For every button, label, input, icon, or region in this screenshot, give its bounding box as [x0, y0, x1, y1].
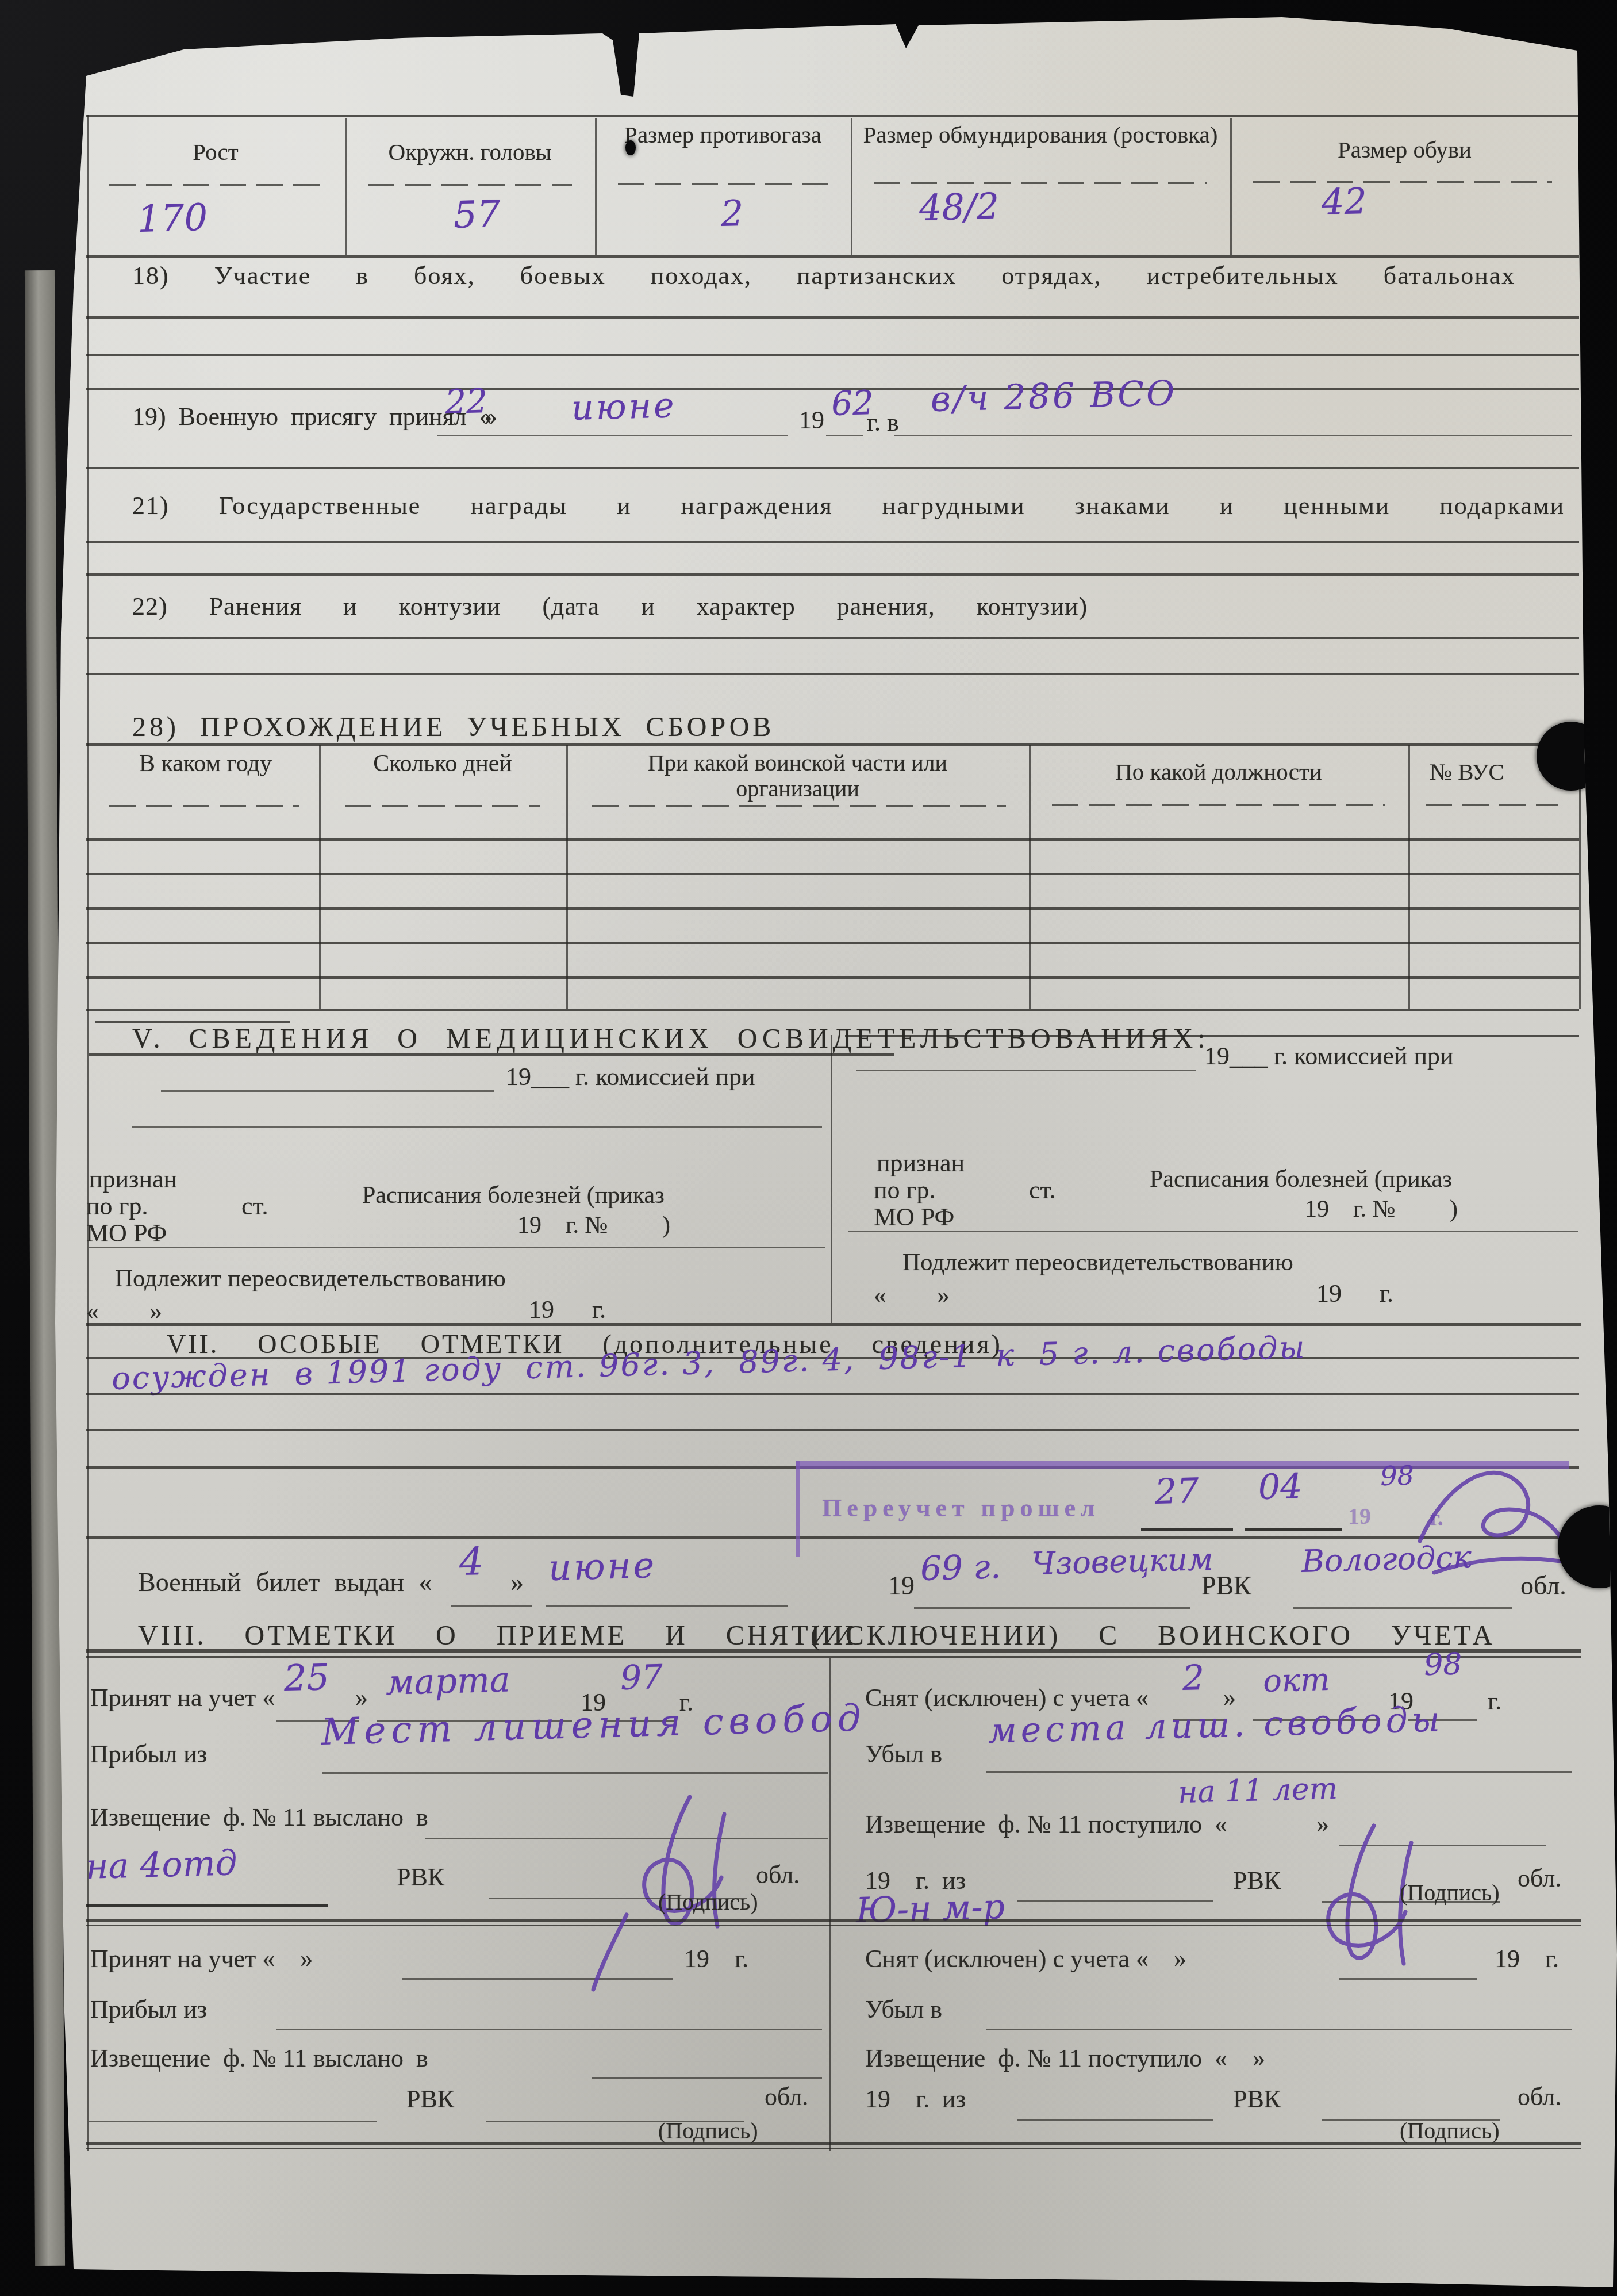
b1l-taken-year: 97 — [620, 1657, 663, 1697]
title-underline — [89, 1053, 894, 1056]
training-table-divider — [319, 745, 321, 1009]
oath-unit-value: в/ч 286 ВСО — [930, 373, 1177, 420]
med-commission-left: 19___ г. комиссией при — [506, 1063, 755, 1091]
issued-rvk-name: Чзовецким — [1031, 1541, 1213, 1582]
table-row-line — [86, 1009, 1579, 1011]
oath-month-value: июне — [571, 385, 677, 428]
b1r-removed-year: 98 — [1423, 1647, 1462, 1682]
med-article-right: ст. — [1029, 1176, 1055, 1204]
b1l-destination-note: на 4отд — [85, 1843, 237, 1887]
b1r-removed-day: 2 — [1182, 1658, 1205, 1699]
med-reexam-right: Подлежит переосвидетельствованию — [902, 1249, 1293, 1277]
b2l-region-label: обл. — [765, 2083, 808, 2111]
blank-underline — [1141, 1528, 1233, 1531]
med-schedule-right: Расписания болезней (приказ — [1150, 1166, 1452, 1193]
b2l-year-label: 19 г. — [684, 1945, 748, 1973]
year-prefix: 19 — [799, 406, 824, 434]
left-border-rule — [87, 115, 89, 2151]
hole-punch — [1537, 722, 1606, 791]
uniform-size-header: Размер обмундирования (ростовка) — [851, 122, 1230, 148]
med-schedule-left: Расписания болезней (приказ — [362, 1182, 665, 1209]
blank-underline — [546, 1605, 788, 1607]
med-group-right: по гр. — [874, 1176, 936, 1204]
stamp-left-bar — [796, 1461, 800, 1557]
paper-tear-hole — [625, 140, 636, 155]
blank-underline — [1017, 2119, 1213, 2121]
blank-underline — [1017, 1900, 1213, 1902]
blank-underline — [161, 1090, 494, 1092]
block-divider-thin — [86, 1925, 1581, 1926]
b2l-notice-label: Извещение ф. № 11 выслано в — [90, 2044, 428, 2072]
blank-underline — [86, 1904, 328, 1907]
med-column-divider — [831, 1035, 832, 1323]
b1r-signature-label: (Подпись) — [1400, 1880, 1500, 1906]
med-year-left: 19 г. — [529, 1295, 606, 1324]
quote-close: » — [355, 1684, 368, 1712]
b1l-taken-day: 25 — [283, 1656, 330, 1699]
ruled-line — [86, 637, 1579, 639]
shoe-size-header: Размер обуви — [1230, 137, 1579, 163]
header-underline — [1052, 804, 1385, 806]
issued-region-label: обл. — [1520, 1571, 1566, 1601]
section-divider-heavy — [86, 1649, 1581, 1653]
blank-underline — [856, 1070, 1196, 1071]
med-morf-right: МО РФ — [874, 1203, 954, 1231]
b2r-signature-label: (Подпись) — [1400, 2118, 1500, 2144]
head-circumference-value: 57 — [453, 193, 501, 237]
ruled-line — [86, 1429, 1579, 1431]
gasmask-size-value: 2 — [720, 192, 744, 235]
med-recognized-left: признан — [89, 1165, 177, 1193]
quote-close: » — [485, 403, 497, 431]
issued-year: 69 г. — [920, 1547, 1001, 1588]
issued-region-name: Вологодск — [1301, 1539, 1472, 1580]
ruled-line — [86, 1393, 1579, 1395]
b1r-region-label: обл. — [1518, 1864, 1561, 1892]
issued-month: июне — [548, 1544, 657, 1589]
b2l-signature-label: (Подпись) — [658, 2118, 758, 2144]
header-underline — [109, 805, 299, 807]
reregistration-day: 27 — [1154, 1471, 1199, 1512]
med-commission-right: 19___ г. комиссией при — [1204, 1042, 1454, 1070]
blank-underline — [986, 2029, 1572, 2030]
header-underline — [1426, 804, 1558, 806]
blank-underline — [451, 1605, 532, 1607]
document-sheet: Рост Окружн. головы Размер противогаза Р… — [0, 0, 1617, 2296]
section-28-title: 28) ПРОХОЖДЕНИЕ УЧЕБНЫХ СБОРОВ — [132, 712, 774, 743]
quote-close: » — [510, 1567, 524, 1597]
blank-underline — [894, 435, 1572, 436]
ruled-line — [86, 573, 1579, 576]
b1r-removed-month: окт — [1262, 1661, 1330, 1699]
blank-underline — [914, 1607, 1190, 1609]
b2r-region-label: обл. — [1518, 2083, 1561, 2111]
med-order-right: 19 г. № ) — [1305, 1196, 1458, 1223]
b1r-rvk-label: РВК — [1233, 1866, 1281, 1895]
blank-underline — [437, 435, 788, 436]
table-row-line — [86, 907, 1579, 910]
med-recognized-right: признан — [877, 1149, 965, 1177]
blank-underline — [322, 1772, 828, 1774]
ruled-line — [89, 1247, 825, 1248]
bottom-divider-heavy — [86, 2142, 1581, 2145]
col-vus-header: № ВУС — [1430, 759, 1504, 785]
section-divider-heavy — [86, 1323, 1581, 1326]
med-article-left: ст. — [241, 1192, 268, 1220]
blank-underline — [276, 2029, 822, 2030]
header-underline — [1253, 181, 1552, 183]
b1r-left-label: Убыл в — [865, 1740, 942, 1768]
reregistration-month: 04 — [1258, 1466, 1303, 1508]
header-underline — [874, 182, 1207, 184]
section-v-title: V. СВЕДЕНИЯ О МЕДИЦИНСКИХ ОСВИДЕТЕЛЬСТВО… — [132, 1024, 1210, 1055]
height-header: Рост — [86, 139, 345, 166]
section-19-label: 19) Военную присягу принял « — [132, 403, 492, 431]
section-18-label: 18) Участие в боях, боевых походах, парт… — [132, 262, 1515, 290]
med-reexam-left: Подлежит переосвидетельствованию — [115, 1265, 506, 1293]
b2r-notice-label: Извещение ф. № 11 поступило « » — [865, 2044, 1265, 2072]
med-order-left: 19 г. № ) — [517, 1212, 670, 1239]
issued-day: 4 — [459, 1539, 484, 1584]
table-row-line — [86, 976, 1579, 979]
col-year-header: В каком году — [92, 750, 319, 777]
b2r-left-label: Убыл в — [865, 1995, 942, 2023]
sizes-table-bottom-border — [86, 255, 1579, 258]
b1r-notice-label: Извещение ф. № 11 поступило « — [865, 1810, 1227, 1838]
shoe-size-value: 42 — [1321, 180, 1368, 223]
section-21-label: 21) Государственные награды и награждени… — [132, 492, 1565, 520]
height-value: 170 — [137, 197, 208, 241]
table-row-line — [86, 873, 1579, 875]
ruled-line — [86, 541, 1579, 543]
b1l-taken-label: Принят на учет « — [90, 1684, 275, 1712]
ruled-line — [86, 673, 1579, 675]
section-22-label: 22) Ранения и контузии (дата и характер … — [132, 592, 1088, 620]
b2r-from-label: 19 г. из — [865, 2085, 966, 2113]
b1l-rvk-label: РВК — [397, 1863, 444, 1891]
blank-underline — [1293, 1607, 1512, 1609]
col-unit-header: При какой воинской части или организации — [595, 750, 1000, 802]
training-table-top-border — [86, 743, 1579, 746]
med-right-top-rule — [845, 1035, 1579, 1037]
bottom-divider-thin — [86, 2148, 1581, 2149]
uniform-size-value: 48/2 — [919, 185, 1000, 229]
year-suffix: г. в — [867, 408, 899, 436]
b1l-signature-label: (Подпись) — [658, 1889, 758, 1915]
table-row-line — [86, 838, 1579, 841]
stray-ink-stroke — [586, 1912, 632, 1992]
col-position-header: По какой должности — [1029, 759, 1408, 785]
med-year-right: 19 г. — [1316, 1279, 1393, 1308]
ruled-line — [848, 1231, 1578, 1232]
sizes-table-divider — [345, 118, 347, 255]
year-suffix: г. — [1488, 1687, 1501, 1715]
med-quotes-right: « » — [874, 1281, 950, 1309]
oath-day-value: 22 — [444, 381, 488, 421]
short-rule — [95, 1021, 290, 1023]
military-id-scan: Рост Окружн. головы Размер противогаза Р… — [0, 0, 1617, 2296]
stamp-label: Переучет прошел — [822, 1494, 1100, 1522]
issued-rvk-label: РВК — [1201, 1571, 1251, 1601]
header-underline — [592, 805, 1006, 807]
ruled-line — [86, 316, 1579, 319]
sizes-table-top-border — [86, 115, 1579, 117]
b2r-year-label: 19 г. — [1495, 1945, 1559, 1973]
b1r-term-note: на 11 лет — [1177, 1772, 1338, 1810]
med-group-left: по гр. — [86, 1192, 148, 1220]
header-underline — [368, 184, 572, 186]
b1l-arrived-label: Прибыл из — [90, 1740, 207, 1768]
b1l-taken-month: марта — [385, 1659, 510, 1703]
ruled-line — [86, 1536, 1579, 1539]
col-days-header: Сколько дней — [325, 750, 560, 777]
b1l-notice-label: Извещение ф. № 11 выслано в — [90, 1803, 428, 1831]
b1l-region-label: обл. — [756, 1861, 800, 1889]
section-viii-title-left: VIII. ОТМЕТКИ О ПРИЕМЕ И СНЯТИИ — [138, 1620, 856, 1651]
b2l-arrived-label: Прибыл из — [90, 1995, 207, 2023]
section-viii-title-right: (ИСКЛЮЧЕНИИ) С ВОИНСКОГО УЧЕТА — [811, 1620, 1495, 1651]
sizes-table-divider — [1579, 118, 1581, 255]
b2l-rvk-label: РВК — [406, 2085, 454, 2113]
ruled-line — [86, 354, 1579, 356]
training-table-divider — [1408, 745, 1410, 1009]
ruled-line — [86, 467, 1579, 469]
b1l-arrived-from: Мест лишения свобод — [321, 1697, 866, 1754]
b2l-taken-label: Принят на учет « » — [90, 1945, 313, 1973]
med-quotes-left: « » — [86, 1297, 162, 1325]
b2r-removed-label: Снят (исключен) с учета « » — [865, 1945, 1186, 1973]
b2r-rvk-label: РВК — [1233, 2085, 1281, 2113]
head-circumference-header: Окружн. головы — [345, 139, 595, 166]
blank-underline — [1339, 1978, 1477, 1980]
block-divider-heavy — [86, 1919, 1581, 1922]
training-table-divider — [566, 745, 568, 1009]
issued-label: Военный билет выдан « — [138, 1567, 432, 1597]
blank-underline — [592, 2077, 822, 2079]
med-morf-left: МО РФ — [86, 1219, 167, 1247]
header-underline — [345, 805, 540, 807]
blank-underline — [826, 435, 863, 436]
table-row-line — [86, 942, 1579, 944]
issued-year-prefix: 19 — [888, 1571, 915, 1601]
blank-underline — [1245, 1528, 1342, 1531]
stamp-year-prefix: 19 — [1348, 1504, 1371, 1530]
blank-underline — [89, 2121, 377, 2122]
blank-underline — [132, 1126, 822, 1128]
header-underline — [109, 184, 322, 186]
header-underline — [618, 183, 828, 185]
